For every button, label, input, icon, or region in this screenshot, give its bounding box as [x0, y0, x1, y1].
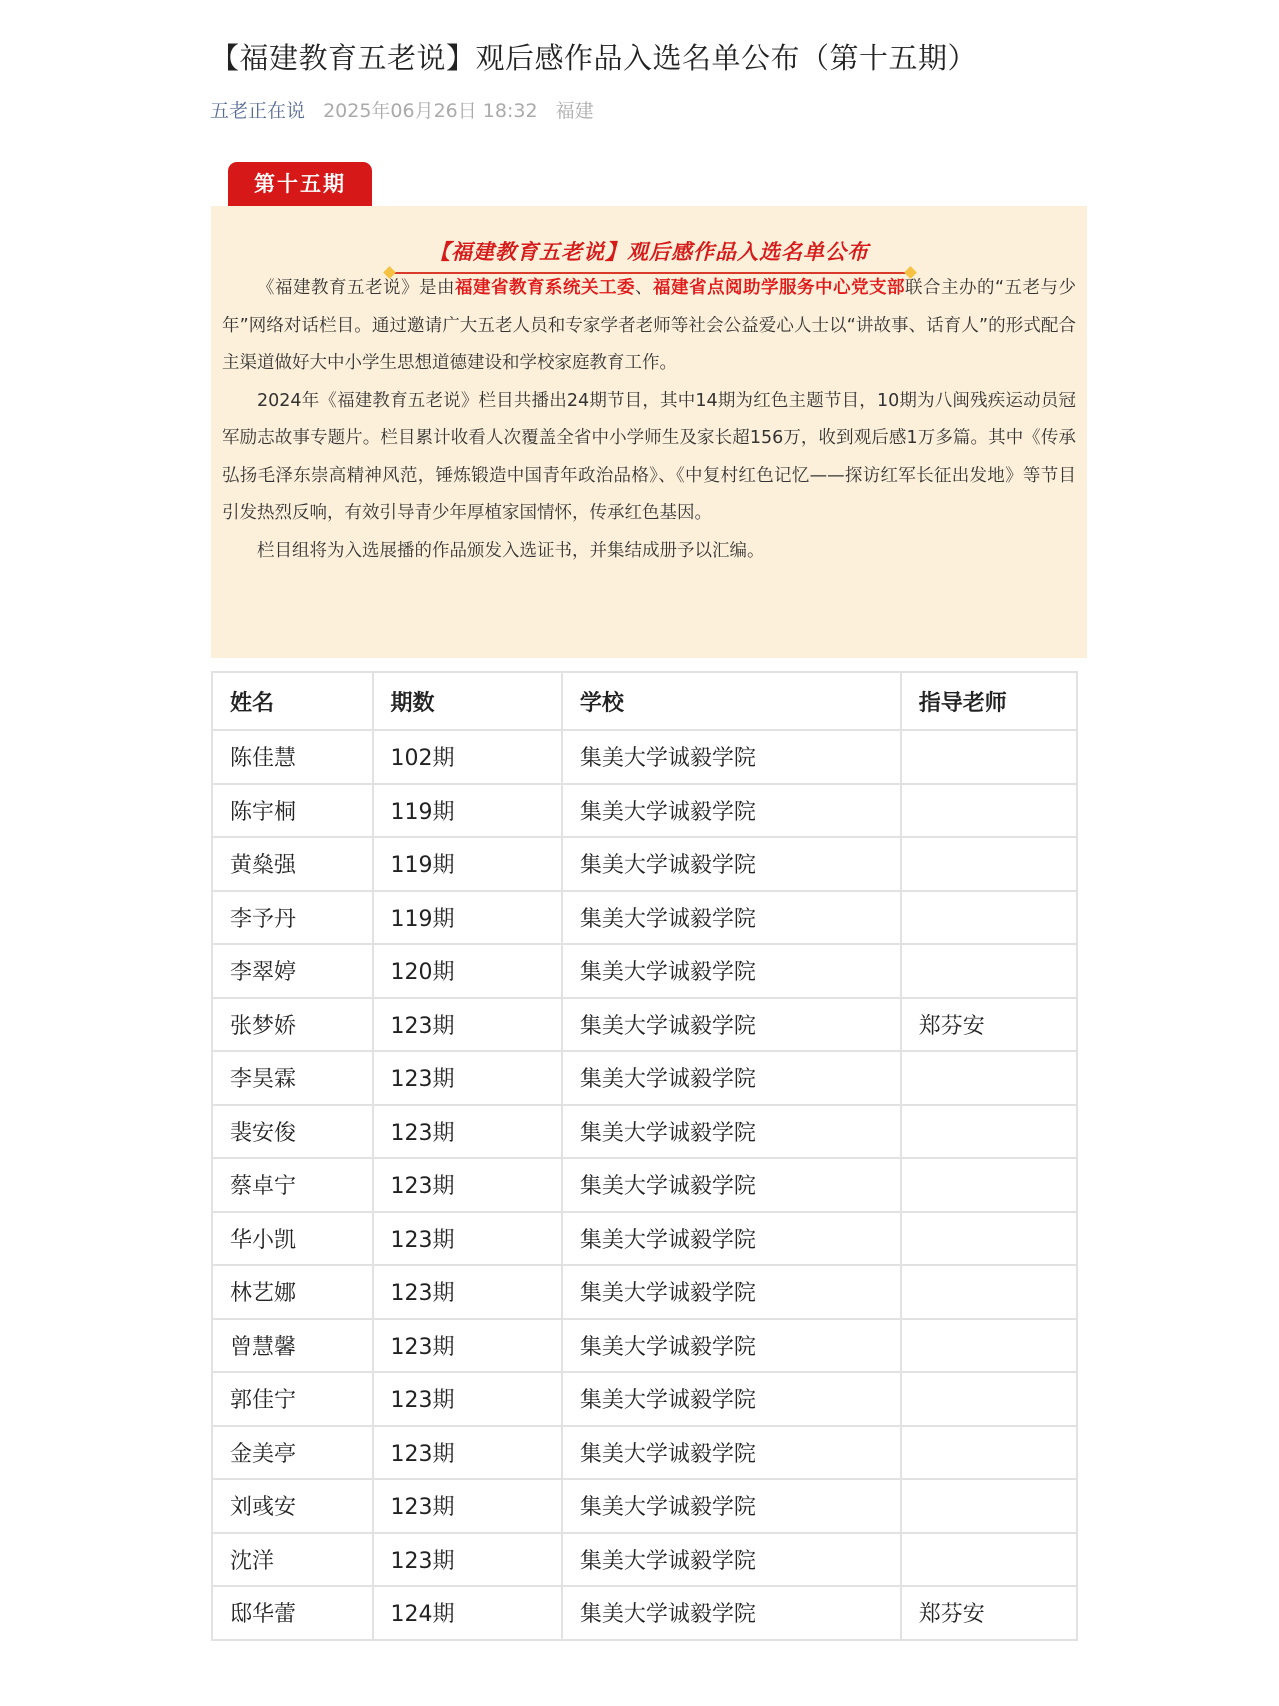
cell-school: 集美大学诚毅学院	[562, 1426, 901, 1480]
cell-name: 刘彧安	[212, 1479, 373, 1533]
cell-issue: 123期	[373, 1426, 562, 1480]
cell-advisor	[901, 1158, 1077, 1212]
header-name: 姓名	[212, 672, 373, 730]
article-title: 【福建教育五老说】观后感作品入选名单公布（第十五期）	[210, 36, 977, 77]
cell-name: 沈洋	[212, 1533, 373, 1587]
cell-advisor	[901, 1051, 1077, 1105]
cell-school: 集美大学诚毅学院	[562, 1479, 901, 1533]
intro-text: 《福建教育五老说》是由福建省教育系统关工委、福建省点阅助学服务中心党支部联合主办…	[222, 270, 1076, 570]
cell-name: 裴安俊	[212, 1105, 373, 1159]
table-header-row: 姓名 期数 学校 指导老师	[212, 672, 1077, 730]
cell-school: 集美大学诚毅学院	[562, 944, 901, 998]
cell-advisor: 郑芬安	[901, 998, 1077, 1052]
cell-school: 集美大学诚毅学院	[562, 1319, 901, 1373]
cell-issue: 123期	[373, 1319, 562, 1373]
cell-name: 李昊霖	[212, 1051, 373, 1105]
cell-name: 张梦娇	[212, 998, 373, 1052]
org-highlight-1: 福建省教育系统关工委	[455, 278, 635, 298]
cell-advisor	[901, 1319, 1077, 1373]
cell-school: 集美大学诚毅学院	[562, 784, 901, 838]
cell-name: 李予丹	[212, 891, 373, 945]
cell-issue: 123期	[373, 1479, 562, 1533]
table-row: 李昊霖123期集美大学诚毅学院	[212, 1051, 1077, 1105]
cell-issue: 123期	[373, 1158, 562, 1212]
cell-name: 黄燊强	[212, 837, 373, 891]
cell-advisor	[901, 784, 1077, 838]
table-row: 蔡卓宁123期集美大学诚毅学院	[212, 1158, 1077, 1212]
publish-datetime: 2025年06月26日 18:32	[323, 100, 538, 122]
cell-school: 集美大学诚毅学院	[562, 1533, 901, 1587]
cell-issue: 119期	[373, 784, 562, 838]
cell-school: 集美大学诚毅学院	[562, 1265, 901, 1319]
table-row: 曾慧馨123期集美大学诚毅学院	[212, 1319, 1077, 1373]
cell-name: 陈佳慧	[212, 730, 373, 784]
cell-school: 集美大学诚毅学院	[562, 837, 901, 891]
table-row: 李予丹119期集美大学诚毅学院	[212, 891, 1077, 945]
cell-school: 集美大学诚毅学院	[562, 1105, 901, 1159]
cell-advisor	[901, 1533, 1077, 1587]
cell-name: 林艺娜	[212, 1265, 373, 1319]
intro-paragraph-3: 栏目组将为入选展播的作品颁发入选证书，并集结成册予以汇编。	[222, 533, 1076, 571]
table-row: 郭佳宁123期集美大学诚毅学院	[212, 1372, 1077, 1426]
cell-school: 集美大学诚毅学院	[562, 891, 901, 945]
table-row: 林艺娜123期集美大学诚毅学院	[212, 1265, 1077, 1319]
header-school: 学校	[562, 672, 901, 730]
table-row: 裴安俊123期集美大学诚毅学院	[212, 1105, 1077, 1159]
cell-issue: 123期	[373, 1533, 562, 1587]
cell-issue: 120期	[373, 944, 562, 998]
intro-paragraph-1: 《福建教育五老说》是由福建省教育系统关工委、福建省点阅助学服务中心党支部联合主办…	[222, 270, 1076, 383]
intro-card: 【福建教育五老说】观后感作品入选名单公布 《福建教育五老说》是由福建省教育系统关…	[211, 206, 1087, 658]
article-meta: 五老正在说 2025年06月26日 18:32 福建	[210, 96, 594, 123]
cell-school: 集美大学诚毅学院	[562, 730, 901, 784]
table-row: 李翠婷120期集美大学诚毅学院	[212, 944, 1077, 998]
cell-issue: 123期	[373, 1051, 562, 1105]
cell-advisor	[901, 730, 1077, 784]
cell-advisor	[901, 1372, 1077, 1426]
author-link[interactable]: 五老正在说	[210, 100, 305, 122]
table-row: 陈宇桐119期集美大学诚毅学院	[212, 784, 1077, 838]
cell-advisor	[901, 837, 1077, 891]
cell-advisor	[901, 1265, 1077, 1319]
text-span: 、	[635, 278, 653, 298]
cell-issue: 123期	[373, 998, 562, 1052]
header-issue: 期数	[373, 672, 562, 730]
publish-location: 福建	[556, 100, 594, 122]
table-row: 黄燊强119期集美大学诚毅学院	[212, 837, 1077, 891]
table-row: 华小凯123期集美大学诚毅学院	[212, 1212, 1077, 1266]
intro-paragraph-2: 2024年《福建教育五老说》栏目共播出24期节目，其中14期为红色主题节目，10…	[222, 383, 1076, 533]
cell-school: 集美大学诚毅学院	[562, 1586, 901, 1640]
cell-advisor	[901, 1105, 1077, 1159]
cell-advisor	[901, 1212, 1077, 1266]
cell-issue: 123期	[373, 1212, 562, 1266]
header-advisor: 指导老师	[901, 672, 1077, 730]
cell-issue: 123期	[373, 1105, 562, 1159]
cell-school: 集美大学诚毅学院	[562, 1158, 901, 1212]
cell-advisor	[901, 891, 1077, 945]
cell-advisor: 郑芬安	[901, 1586, 1077, 1640]
cell-name: 陈宇桐	[212, 784, 373, 838]
cell-school: 集美大学诚毅学院	[562, 998, 901, 1052]
cell-name: 李翠婷	[212, 944, 373, 998]
table-row: 沈洋123期集美大学诚毅学院	[212, 1533, 1077, 1587]
cell-advisor	[901, 1479, 1077, 1533]
cell-name: 金美亭	[212, 1426, 373, 1480]
cell-school: 集美大学诚毅学院	[562, 1051, 901, 1105]
cell-issue: 124期	[373, 1586, 562, 1640]
cell-issue: 119期	[373, 837, 562, 891]
card-heading: 【福建教育五老说】观后感作品入选名单公布	[211, 236, 1087, 266]
cell-issue: 102期	[373, 730, 562, 784]
cell-advisor	[901, 1426, 1077, 1480]
cell-name: 华小凯	[212, 1212, 373, 1266]
cell-name: 曾慧馨	[212, 1319, 373, 1373]
cell-name: 郭佳宁	[212, 1372, 373, 1426]
cell-advisor	[901, 944, 1077, 998]
cell-school: 集美大学诚毅学院	[562, 1372, 901, 1426]
cell-name: 蔡卓宁	[212, 1158, 373, 1212]
cell-issue: 123期	[373, 1372, 562, 1426]
cell-name: 邸华蕾	[212, 1586, 373, 1640]
table-row: 刘彧安123期集美大学诚毅学院	[212, 1479, 1077, 1533]
selection-table: 姓名 期数 学校 指导老师 陈佳慧102期集美大学诚毅学院 陈宇桐119期集美大…	[211, 671, 1078, 1641]
cell-issue: 123期	[373, 1265, 562, 1319]
cell-school: 集美大学诚毅学院	[562, 1212, 901, 1266]
text-span: 《福建教育五老说》是由	[257, 278, 455, 298]
table-row: 邸华蕾124期集美大学诚毅学院郑芬安	[212, 1586, 1077, 1640]
table-row: 陈佳慧102期集美大学诚毅学院	[212, 730, 1077, 784]
table-row: 张梦娇123期集美大学诚毅学院郑芬安	[212, 998, 1077, 1052]
org-highlight-2: 福建省点阅助学服务中心党支部	[653, 278, 905, 298]
issue-tab: 第十五期	[228, 162, 372, 206]
table-row: 金美亭123期集美大学诚毅学院	[212, 1426, 1077, 1480]
cell-issue: 119期	[373, 891, 562, 945]
